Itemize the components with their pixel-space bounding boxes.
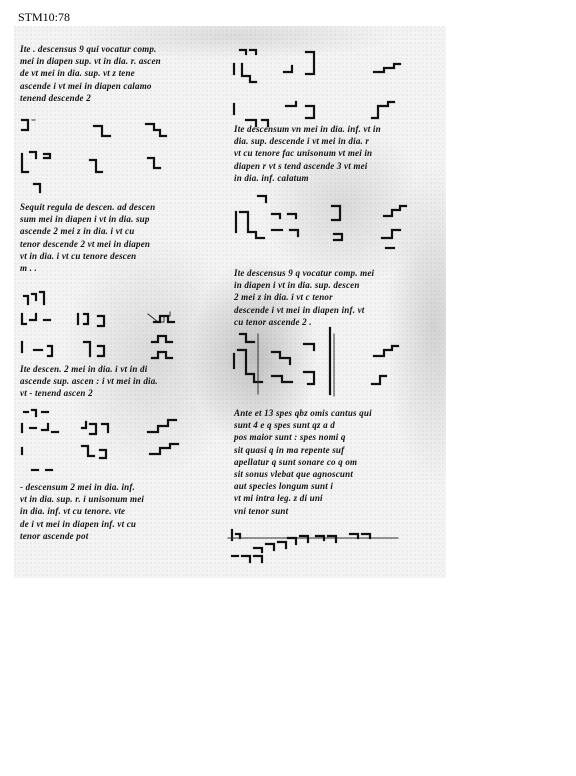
text-line: 2 mei z in dia. i vt c tenor (234, 292, 374, 304)
right-paragraph-1: Ite descensum vn mei in dia. inf. vt in … (234, 124, 389, 185)
text-line: aut species longum sunt i (234, 481, 372, 493)
text-line: in diapen i vt in dia. sup. descen (234, 280, 374, 292)
text-line: de vt mei in dia. sup. vt z tene (20, 68, 161, 80)
text-line: Ite descen. 2 mei in dia. i vt in di (20, 364, 158, 376)
music-notation-right-1 (232, 46, 432, 136)
text-line: Ite descensus 9 q vocatur comp. mei (234, 268, 374, 280)
text-line: tenor descende 2 vt mei in diapen (20, 239, 155, 251)
text-line: sunt 4 e q spes sunt qz a d (234, 420, 372, 432)
text-line: Ante et 13 spes qbz omis cantus qui (234, 408, 372, 420)
text-line: ascende i vt mei in diapen calamo (20, 81, 161, 93)
text-line: m . . (20, 263, 155, 275)
text-line: de i vt mei in diapen inf. vt cu (20, 519, 144, 531)
text-line: in dia. inf. calatum (234, 173, 381, 185)
square-note-neume (234, 328, 398, 396)
text-line: pos maior sunt : spes nomi q (234, 432, 372, 444)
right-paragraph-3: Ante et 13 spes qbz omis cantus qui sunt… (234, 408, 379, 518)
music-notation-left-3 (18, 402, 238, 482)
music-notation-right-4 (224, 526, 444, 566)
text-line: vt in dia. sup. r. i unisonum mei (20, 494, 144, 506)
text-line: ascende sup. ascen : i vt mei in dia. (20, 376, 158, 388)
text-line: Ite descensum vn mei in dia. inf. vt in (234, 124, 381, 136)
text-line: Ite . descensus 9 qui vocatur comp. (20, 44, 161, 56)
text-line: vni tenor sunt (234, 506, 372, 518)
left-paragraph-3: Ite descen. 2 mei in dia. i vt in di asc… (20, 364, 165, 401)
manuscript-scan: Ite . descensus 9 qui vocatur comp. mei … (14, 26, 446, 578)
text-line: - descensum 2 mei in dia. inf. (20, 482, 144, 494)
text-line: descende i vt mei in diapen inf. vt (234, 305, 374, 317)
music-notation-right-3 (232, 326, 432, 396)
music-notation-left-1 (18, 114, 238, 204)
square-note-neume (22, 410, 178, 470)
left-paragraph-1: Ite . descensus 9 qui vocatur comp. mei … (20, 44, 168, 105)
text-line: apellatur q sunt sonare co q om (234, 457, 372, 469)
left-paragraph-4: - descensum 2 mei in dia. inf. vt in dia… (20, 482, 151, 543)
square-note-neume (22, 292, 174, 358)
text-line: sit quasi q in ma repente suf (234, 445, 372, 457)
text-line: ascende 2 mei z in dia. i vt cu (20, 226, 155, 238)
text-line: sum mei in diapen i vt in dia. sup (20, 214, 155, 226)
text-line: dia. sup. descende i vt mei in dia. r (234, 136, 381, 148)
square-note-neume (22, 120, 166, 192)
square-note-neume (234, 50, 400, 126)
text-line: Sequit regula de descen. ad descen (20, 202, 155, 214)
text-line: diapen r vt s tend ascende 3 vt mei (234, 161, 381, 173)
square-note-neume (228, 530, 398, 562)
text-line: tenend descende 2 (20, 93, 161, 105)
right-paragraph-2: Ite descensus 9 q vocatur comp. mei in d… (234, 268, 382, 329)
square-note-neume (236, 196, 406, 248)
text-line: vt in dia. i vt cu tenore descen (20, 251, 155, 263)
page-label: STM10:78 (18, 10, 70, 25)
text-line: vt mi intra leg. z di uni (234, 493, 372, 505)
text-line: vt cu tenore fac unisonum vt mei in (234, 148, 381, 160)
text-line: vt - tenend ascen 2 (20, 388, 158, 400)
text-line: sit sonus vlebat que agnoscunt (234, 469, 372, 481)
text-line: mei in diapen sup. vt in dia. r. ascen (20, 56, 161, 68)
text-line: in dia. inf. vt cu tenore. vte (20, 506, 144, 518)
text-line: tenor ascende pot (20, 531, 144, 543)
music-notation-right-2 (232, 194, 432, 264)
left-paragraph-2: Sequit regula de descen. ad descen sum m… (20, 202, 162, 275)
